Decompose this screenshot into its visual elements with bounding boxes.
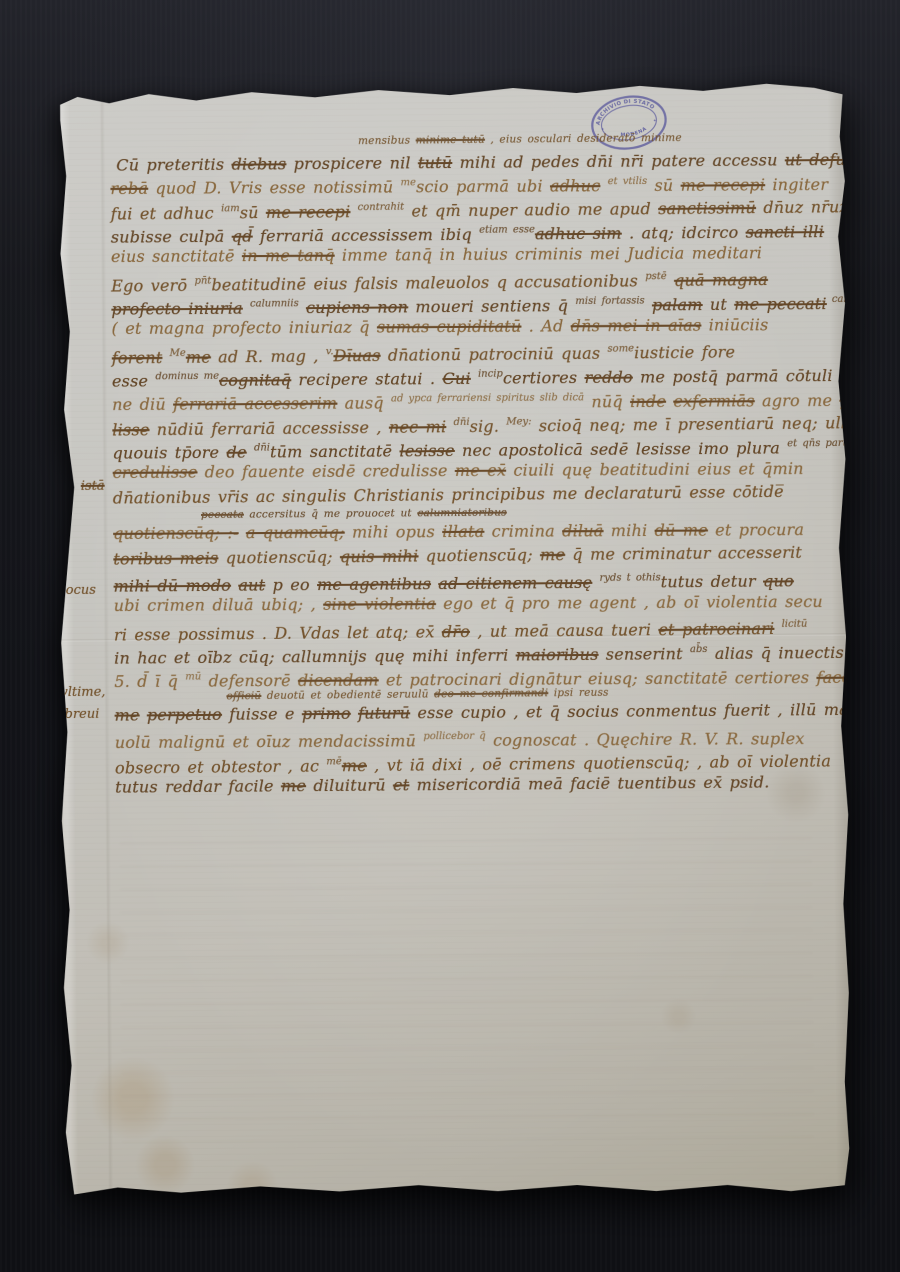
text-segment — [243, 299, 250, 318]
text-segment: deo fauente eisdē credulisse — [197, 461, 455, 481]
text-segment: dn̄i — [254, 442, 270, 453]
text-segment: me — [540, 545, 565, 564]
text-segment — [162, 348, 169, 367]
text-segment: ipsi reuss — [548, 687, 609, 700]
text-segment: Me — [170, 348, 186, 359]
text-segment: sumas cupiditatū — [377, 317, 522, 337]
text-segment: mensibus — [358, 134, 416, 147]
margin-note-ista: istā — [81, 479, 105, 494]
text-segment: me — [342, 756, 367, 775]
ink-showthrough — [120, 837, 814, 1142]
text-segment: diebus — [231, 154, 286, 173]
text-segment: aut — [238, 575, 265, 594]
text-segment: lesisse — [399, 441, 454, 460]
text-segment: dū me — [655, 520, 708, 539]
text-segment: incip — [478, 369, 503, 380]
text-segment: rebā — [110, 179, 148, 198]
text-segment: calumniis — [250, 298, 299, 309]
text-segment: q̄ me criminatur accesserit — [565, 543, 802, 564]
text-segment: senserint — [598, 644, 690, 664]
text-segment: ( et magna profecto iniuriaz q̄ — [111, 317, 377, 338]
text-segment: moueri sentiens q̄ — [408, 296, 575, 316]
text-segment: mihi — [603, 521, 654, 540]
text-segment: nec mi — [389, 417, 446, 437]
text-segment: pedem — [839, 390, 895, 409]
text-segment: me postq̄ parmā cōtuli — [633, 366, 833, 387]
text-segment: eius sanctitatē — [111, 246, 242, 266]
text-segment: deo me confirmandi — [434, 687, 548, 700]
text-segment: quo — [763, 571, 794, 590]
text-segment: . atq; idcirco — [622, 223, 746, 243]
text-segment: 5. d̄ ī q̄ — [114, 672, 185, 691]
text-segment: me — [115, 705, 140, 724]
text-segment: adhuc — [550, 176, 600, 195]
text-segment: sine violentia — [323, 594, 436, 614]
text-segment: misi fortassis — [575, 295, 644, 307]
text-segment: calumniatū depn̄ — [827, 293, 900, 305]
text-segment: quotienscūq; :- — [113, 523, 239, 543]
text-segment: dn̄uz nr̄uz — [756, 197, 848, 217]
text-segment — [239, 523, 246, 542]
text-segment: palam — [652, 295, 703, 314]
text-segment: ferrariā accesserim — [173, 394, 337, 414]
text-segment: quod D. Vris esse notissimū — [148, 177, 401, 197]
text-segment: minime tutū — [416, 134, 485, 147]
text-segment: dn̄i — [453, 417, 469, 428]
text-segment: nūq̄ — [584, 392, 630, 411]
text-segment: me — [186, 347, 211, 366]
text-segment: futurū — [358, 703, 410, 722]
text-segment: crimina — [484, 521, 562, 540]
text-segment: sancti illi — [746, 222, 824, 242]
text-segment: me — [281, 776, 306, 795]
text-segment: fuisse e — [222, 704, 302, 724]
text-segment: some — [607, 343, 634, 354]
manuscript-page: ARCHIVIO DI STATO MODENA ✦ ✦ istā locus … — [54, 81, 855, 1199]
stamp-star-left-icon: ✦ — [601, 126, 606, 132]
manuscript-line: tutus reddar facile me diluiturū et mise… — [115, 770, 837, 800]
margin-note-locus: locus — [62, 583, 96, 598]
text-segment — [431, 574, 438, 593]
text-segment: adhuc sim — [535, 224, 622, 244]
text-segment: deuotū et obedientē seruulū — [261, 688, 434, 702]
text-segment: quā magna — [674, 270, 768, 290]
text-segment: iusticie fore — [634, 342, 735, 362]
text-segment: ego et q̄ pro me agent , ab oī violentia… — [436, 592, 823, 613]
text-segment: tutus detur — [661, 572, 764, 592]
text-segment: peccata — [201, 509, 244, 521]
text-segment: ryds t othis — [599, 572, 660, 583]
text-segment: pollicebor q̄ — [423, 731, 485, 742]
text-segment: dr̄o — [442, 622, 470, 641]
text-segment: dicendam — [298, 670, 379, 689]
text-segment: tutus reddar facile — [115, 776, 281, 796]
text-segment: mihi opus — [345, 522, 443, 542]
text-segment: me ex̄ — [455, 461, 506, 480]
text-segment: scio parmā ubi — [416, 176, 550, 196]
text-segment: licitū — [782, 619, 808, 630]
text-segment: Mey: — [506, 416, 531, 427]
text-segment: imme tanq̄ in huius criminis mei Judicia… — [335, 243, 763, 264]
text-segment: me peccati — [734, 294, 827, 314]
text-segment: tuziorē — [871, 149, 900, 160]
text-segment: officiū — [226, 690, 261, 702]
text-segment: cupiens non — [306, 297, 408, 317]
text-segment: calumniatoribus — [417, 507, 506, 520]
text-segment: bn̄ficia — [855, 437, 900, 457]
text-segment: sū — [240, 203, 266, 222]
text-segment: mē — [326, 756, 342, 767]
text-segment: ut defugiā — [785, 150, 872, 170]
text-segment: de — [226, 443, 246, 462]
text-segment: v. — [326, 346, 334, 357]
margin-note-breui: breui — [65, 707, 100, 722]
text-segment: alias q̄ inuectis apud — [707, 643, 892, 663]
text-segment: ubi crimen diluā ubiq; , — [114, 595, 324, 615]
text-segment: in me tanq̄ — [242, 246, 335, 266]
text-segment: pstē — [645, 271, 667, 282]
text-block: mensibus minime tutū , eius osculari des… — [110, 131, 837, 800]
text-segment: et procura — [708, 520, 804, 540]
text-segment: esse cupio , et q̄ socius conmentus fuer… — [410, 700, 854, 722]
text-segment: me — [401, 177, 416, 188]
text-segment: quotienscūq; — [418, 545, 540, 565]
text-segment: p eo — [265, 575, 317, 594]
text-segment: ausq̄ — [337, 393, 391, 412]
text-segment: , eius osculari desideratō minime — [485, 132, 682, 146]
text-segment: etiam esse — [479, 224, 535, 235]
text-segment: iam — [221, 203, 240, 214]
text-segment: et vtilis — [608, 176, 648, 187]
text-segment: misericordiā meā faciē tuentibus ex̄ psi… — [409, 773, 769, 795]
text-segment: iniūciis — [701, 315, 768, 334]
text-segment: ut — [702, 295, 734, 314]
photo-background: ARCHIVIO DI STATO MODENA ✦ ✦ istā locus … — [0, 0, 900, 1272]
text-segment: perpetuo — [147, 705, 222, 725]
text-segment: diluā — [562, 521, 603, 540]
text-segment: et — [393, 775, 409, 794]
text-segment: me agentibus — [317, 574, 431, 594]
text-segment: uolū malignū et oīuz mendacissimū — [115, 731, 424, 752]
text-segment: ne diū — [112, 395, 173, 414]
text-segment: Dīuas — [333, 346, 380, 365]
text-segment — [869, 668, 876, 687]
text-segment — [774, 619, 781, 638]
text-segment — [592, 573, 599, 592]
text-segment: diluiturū — [306, 775, 393, 795]
text-segment: maioribus — [516, 645, 599, 665]
text-segment: quis mihi — [340, 546, 419, 566]
text-segment: toribus meis — [113, 548, 218, 568]
text-segment: certiores — [503, 368, 585, 388]
manuscript-paper-wrap: ARCHIVIO DI STATO MODENA ✦ ✦ istā locus … — [54, 81, 855, 1199]
text-segment: cognitaq̄ — [219, 370, 291, 390]
text-segment: euulgos — [876, 667, 900, 678]
text-segment: dn̄ationibus vr̄is ac singulis Christian… — [113, 482, 784, 508]
text-segment: ab̄s — [690, 644, 708, 655]
text-segment: a quamcūq; — [246, 523, 345, 543]
text-segment: dn̄s mei in aīas — [571, 316, 702, 336]
text-segment: reddo — [584, 368, 632, 387]
text-segment: qd̄ — [232, 227, 253, 246]
text-segment: Cui — [442, 369, 470, 388]
text-segment: et patrocinari — [658, 619, 774, 639]
text-segment: dominus me — [155, 371, 219, 382]
text-segment: sanctissimū — [658, 198, 756, 218]
text-segment: defensorē — [201, 671, 298, 691]
margin-note-vltime: vltime, — [60, 685, 105, 700]
text-segment: sig. — [470, 417, 507, 436]
text-segment: contrahit — [358, 202, 405, 213]
text-segment: ciuili quę beatitudini eius et q̄min — [506, 459, 804, 480]
text-segment: illata — [442, 522, 484, 541]
text-segment: pn̄t — [194, 275, 211, 286]
text-segment — [299, 298, 306, 317]
text-segment: primo — [302, 704, 351, 723]
text-segment: . Ad — [521, 316, 570, 335]
text-segment: quotienscūq; — [218, 547, 340, 567]
text-segment: tutū — [418, 153, 452, 172]
text-segment: ad citienem causę — [438, 573, 592, 593]
text-segment: et qn̄s parua — [787, 438, 855, 450]
text-segment: ad ypca ferrariensi spiritus slib dicā — [391, 392, 584, 404]
text-segment: accersitus q̄ me prouocet ut — [244, 507, 418, 520]
text-segment: mū — [185, 671, 201, 682]
text-segment: credulisse — [113, 462, 198, 481]
text-segment: retu — [895, 390, 900, 409]
